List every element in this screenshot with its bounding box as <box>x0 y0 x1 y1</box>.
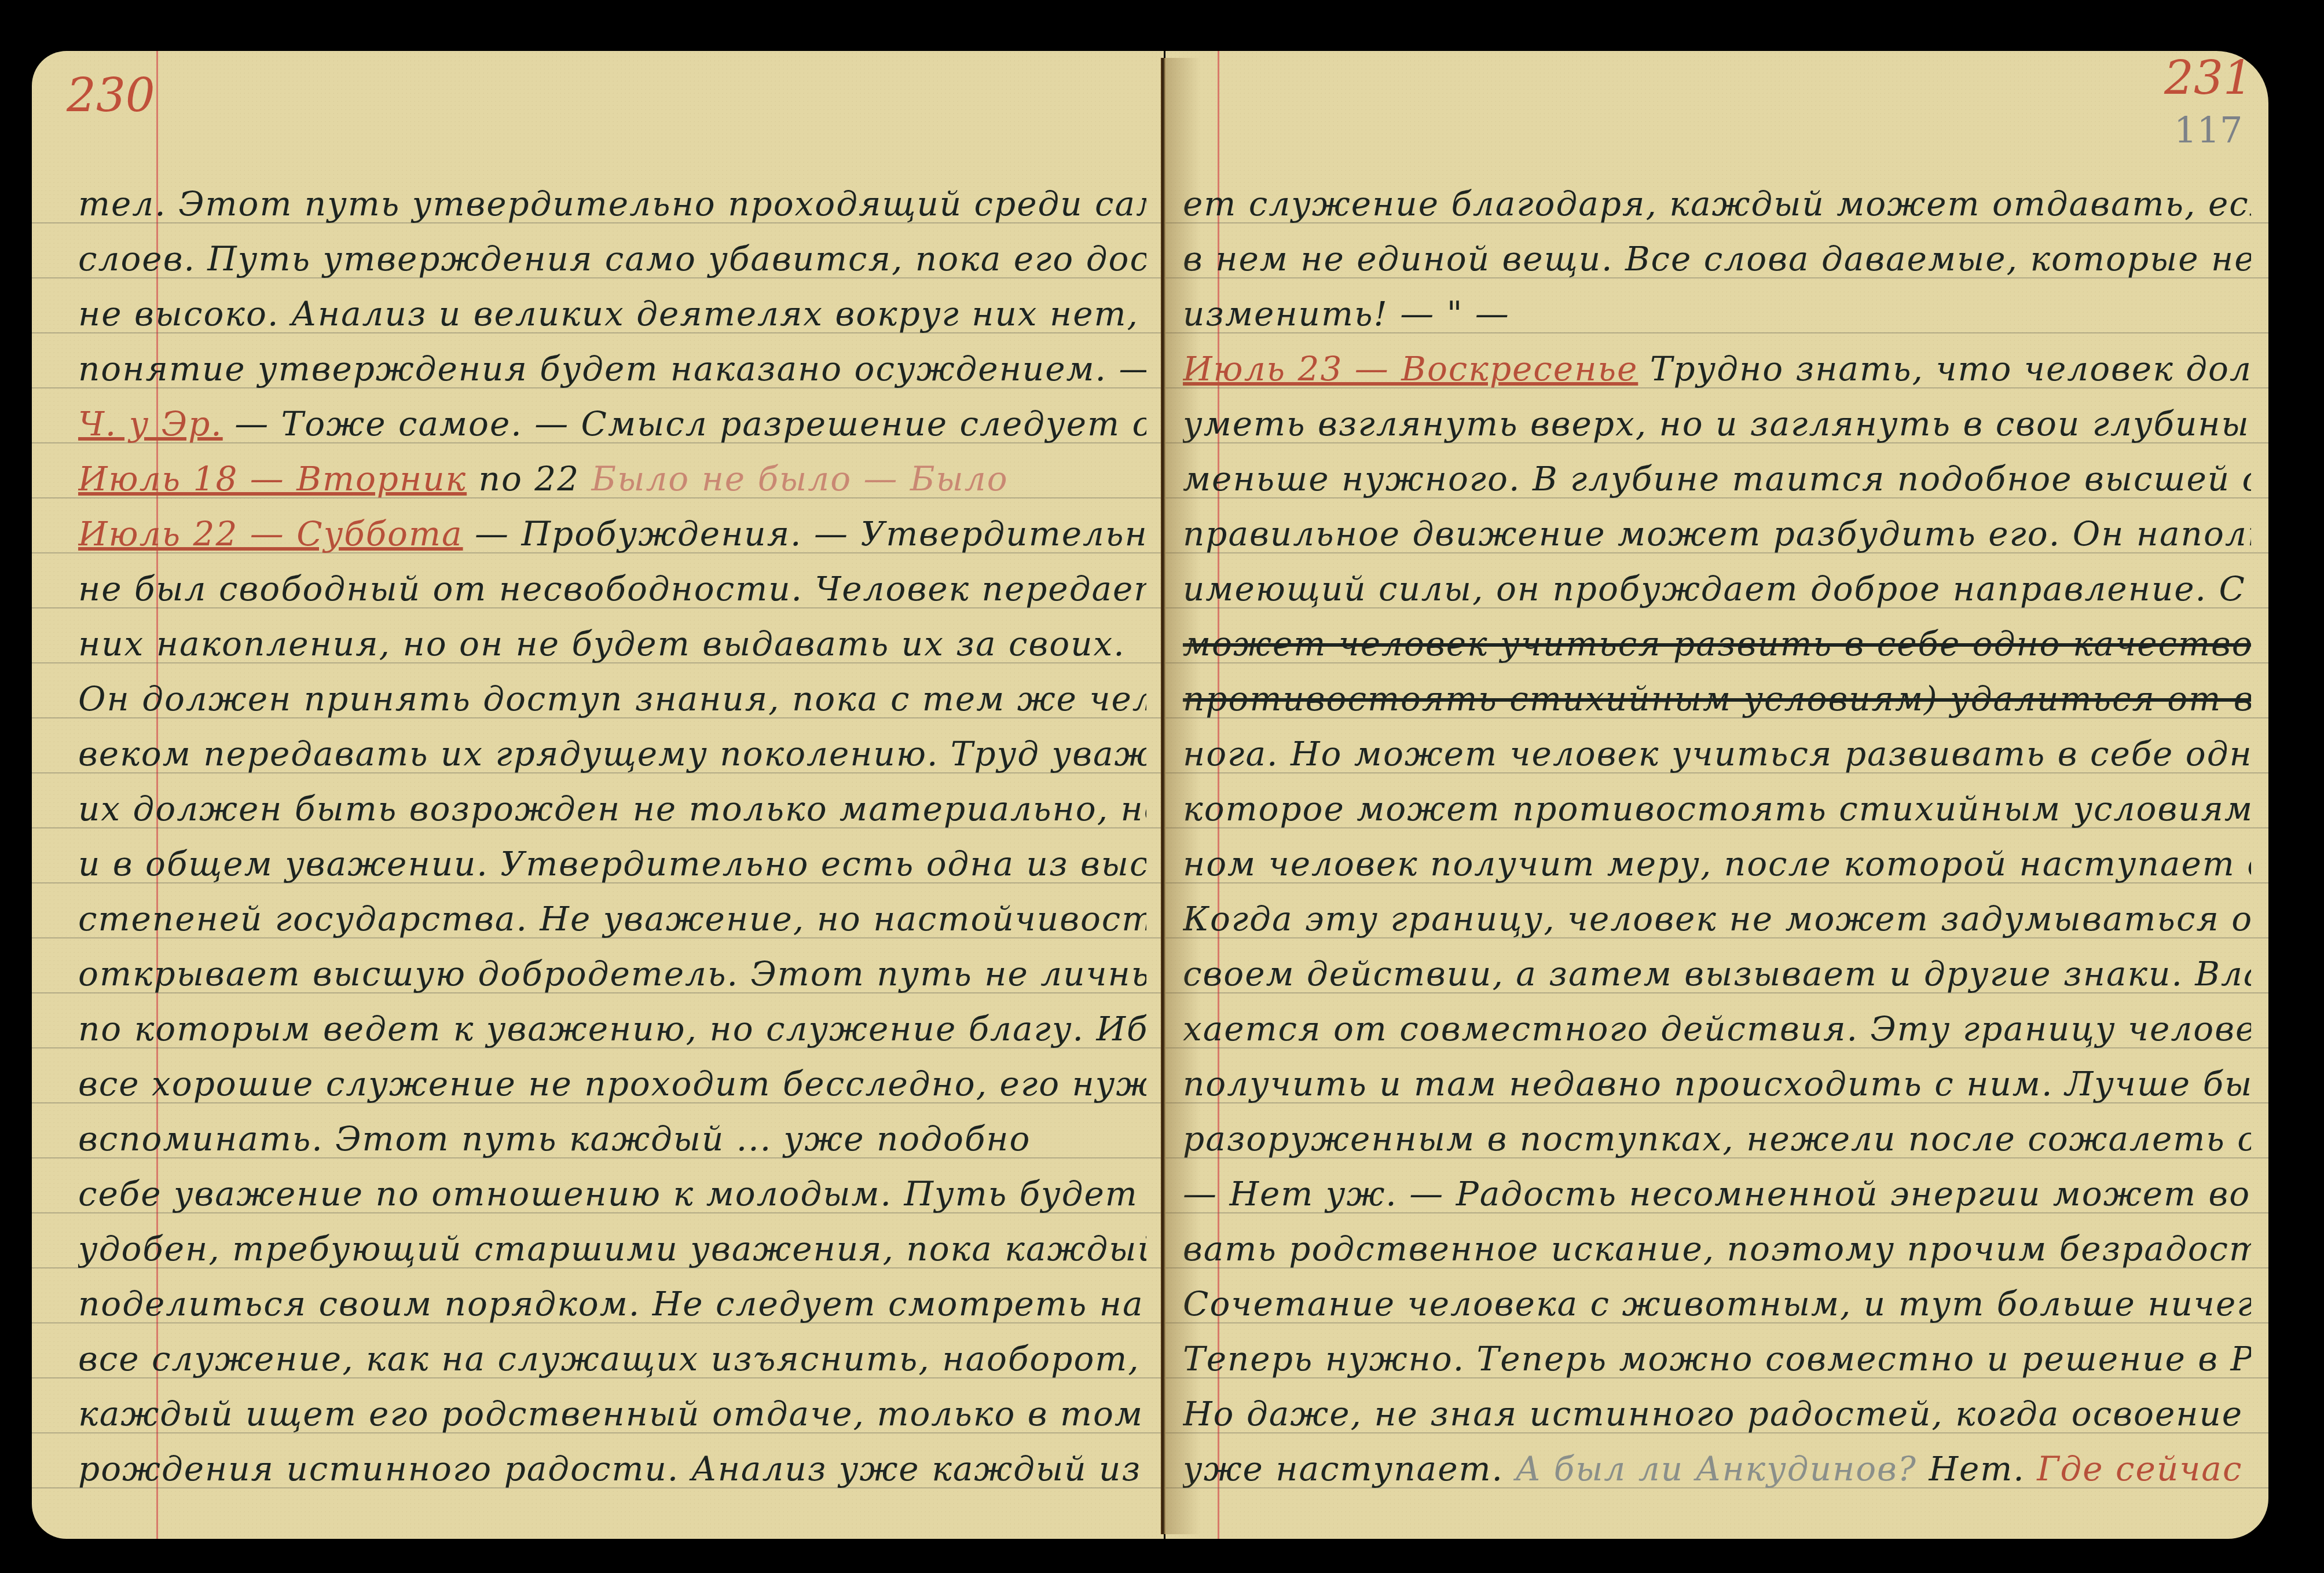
ink-text: них накопления, но он не будет выдавать … <box>78 624 1126 663</box>
handwritten-line: каждый ищет его родственный отдаче, толь… <box>78 1394 1146 1433</box>
ink-text: хается от совместного действия. Эту гран… <box>1183 1009 2251 1048</box>
ink-text: Когда эту границу, человек не может заду… <box>1183 899 2251 938</box>
handwritten-line: все хорошие служение не проходит бесслед… <box>78 1064 1146 1103</box>
ink-text: Трудно знать, что человек должен не толь… <box>1638 349 2251 388</box>
handwritten-line: них накопления, но он не будет выдавать … <box>78 624 1146 663</box>
ink-text: себе уважение по отношению к молодым. Пу… <box>78 1174 1138 1213</box>
handwritten-line: ет служение благодаря, каждый может отда… <box>1183 184 2251 223</box>
ink-text: рождения истинного радости. Анализ уже к… <box>78 1449 1141 1488</box>
ink-prefix: Июль 22 — Суббота <box>78 514 463 553</box>
ink-text: которое может противостоять стихийным ус… <box>1183 789 2251 828</box>
ink-black: Нет. <box>1917 1449 2025 1488</box>
ink-text: противостоять стихийным условиям) удалит… <box>1183 679 2251 718</box>
ink-text: изменить! — " — <box>1183 294 1510 333</box>
handwritten-line: их должен быть возрожден не только матер… <box>78 789 1146 828</box>
handwritten-line: Теперь нужно. Теперь можно совместно и р… <box>1183 1339 2251 1378</box>
handwritten-line: себе уважение по отношению к молодым. Пу… <box>78 1174 1146 1213</box>
ink-text: понятие утверждения будет наказано осужд… <box>78 349 1146 388</box>
handwritten-line: своем действии, а затем вызывает и други… <box>1183 954 2251 993</box>
ink-text: в нем не единой вещи. Все слова даваемые… <box>1183 239 2251 278</box>
ink-text: может человек учиться развить в себе одн… <box>1183 624 2251 663</box>
handwritten-line: слоев. Путь утверждения само убавится, п… <box>78 239 1146 278</box>
ink-prefix: Ч. у Эр. <box>78 404 223 443</box>
ink-text: ном человек получит меру, после которой … <box>1183 844 2251 883</box>
ink-text: и в общем уважении. Утвердительно есть о… <box>78 844 1146 883</box>
ink-text: — Нет уж. — Радость несомненной энергии … <box>1183 1174 2251 1213</box>
ink-text: степеней государства. Не уважение, но на… <box>78 899 1146 938</box>
handwritten-line: разоруженным в поступках, нежели после с… <box>1183 1119 2251 1158</box>
ink-text: получить и там недавно происходить с ним… <box>1183 1064 2251 1103</box>
ink-text: имеющий силы, он пробуждает доброе напра… <box>1183 569 2251 608</box>
ink-faint: Было не было — Было <box>580 459 1009 498</box>
ink-text: уже наступает. <box>1183 1449 1504 1488</box>
spine-shadow <box>1165 58 1200 1534</box>
ink-pencil: А был ли Анкудинов? <box>1504 1449 1917 1488</box>
left-page: 230 тел. Этот путь утвердительно проходя… <box>32 51 1164 1539</box>
handwritten-line: Июль 23 — Воскресенье Трудно знать, что … <box>1183 349 2251 388</box>
ink-text: каждый ищет его родственный отдаче, толь… <box>78 1394 1146 1433</box>
ink-text: Сочетание человека с животным, и тут бол… <box>1183 1284 2251 1323</box>
handwritten-line: Но даже, не зная истинного радостей, ког… <box>1183 1394 2251 1433</box>
ink-text: ет служение благодаря, каждый может отда… <box>1183 184 2251 223</box>
handwritten-line: Июль 22 — Суббота — Пробуждения. — Утвер… <box>78 514 1146 553</box>
handwritten-line: в нем не единой вещи. Все слова даваемые… <box>1183 239 2251 278</box>
handwritten-line: Сочетание человека с животным, и тут бол… <box>1183 1284 2251 1323</box>
handwritten-line: получить и там недавно происходить с ним… <box>1183 1064 2251 1103</box>
ink-text: открывает высшую добродетель. Этот путь … <box>78 954 1146 993</box>
handwritten-line: вспоминать. Этот путь каждый ... уже под… <box>78 1119 1146 1158</box>
handwritten-line: вать родственное искание, поэтому прочим… <box>1183 1229 2251 1268</box>
ink-text: уметь взглянуть вверх, но и заглянуть в … <box>1183 404 2251 443</box>
handwritten-line: Ч. у Эр. — Тоже самое. — Смысл разрешени… <box>78 404 1146 443</box>
ink-text: удобен, требующий старшими уважения, пок… <box>78 1229 1146 1268</box>
ink-red: Где сейчас Самуил? <box>2025 1449 2251 1488</box>
ink-text: вать родственное искание, поэтому прочим… <box>1183 1229 2251 1268</box>
handwritten-line: — Нет уж. — Радость несомненной энергии … <box>1183 1174 2251 1213</box>
page-number: 230 <box>67 68 155 122</box>
ink-text: — Тоже самое. — Смысл разрешение следует… <box>223 404 1146 443</box>
page-number: 231 <box>2164 51 2253 105</box>
ink-text: все служение, как на служащих изъяснить,… <box>78 1339 1146 1378</box>
ink-text: слоев. Путь утверждения само убавится, п… <box>78 239 1146 278</box>
ink-text: не был свободный от несвободности. Челов… <box>78 569 1146 608</box>
handwritten-line: открывает высшую добродетель. Этот путь … <box>78 954 1146 993</box>
ink-text: не высоко. Анализ и великих деятелях вок… <box>78 294 1146 333</box>
ink-text: поделиться своим порядком. Не следует см… <box>78 1284 1144 1323</box>
handwritten-line: не высоко. Анализ и великих деятелях вок… <box>78 294 1146 333</box>
ink-text: все хорошие служение не проходит бесслед… <box>78 1064 1146 1103</box>
ink-text: меньше нужного. В глубине таится подобно… <box>1183 459 2251 498</box>
handwritten-line: все служение, как на служащих изъяснить,… <box>78 1339 1146 1378</box>
handwritten-line: поделиться своим порядком. Не следует см… <box>78 1284 1146 1323</box>
ink-text: Теперь нужно. Теперь можно совместно и р… <box>1183 1339 2251 1378</box>
ink-text: тел. Этот путь утвердительно проходящий … <box>78 184 1146 223</box>
ink-text: Он должен принять доступ знания, пока с … <box>78 679 1146 718</box>
handwritten-line: степеней государства. Не уважение, но на… <box>78 899 1146 938</box>
handwritten-line: понятие утверждения будет наказано осужд… <box>78 349 1146 388</box>
ink-prefix: Июль 18 — Вторник <box>78 459 467 498</box>
handwritten-line: уже наступает. А был ли Анкудинов? Нет. … <box>1183 1449 2251 1488</box>
handwritten-line: рождения истинного радости. Анализ уже к… <box>78 1449 1146 1488</box>
handwritten-line: Он должен принять доступ знания, пока с … <box>78 679 1146 718</box>
ink-text: нога. Но может человек учиться развивать… <box>1183 734 2251 773</box>
handwritten-line: которое может противостоять стихийным ус… <box>1183 789 2251 828</box>
right-page: 231 117 ет служение благодаря, каждый мо… <box>1165 51 2268 1539</box>
ink-text: их должен быть возрожден не только матер… <box>78 789 1146 828</box>
ink-text: по которым ведет к уважению, но служение… <box>78 1009 1146 1048</box>
handwritten-line: изменить! — " — <box>1183 294 2251 333</box>
handwritten-line: имеющий силы, он пробуждает доброе напра… <box>1183 569 2251 608</box>
ink-text: — Пробуждения. — Утвердительно дух <box>463 514 1146 553</box>
folio-mark: 117 <box>2174 109 2242 151</box>
ink-text: вспоминать. Этот путь каждый ... уже под… <box>78 1119 1031 1158</box>
handwritten-line: уметь взглянуть вверх, но и заглянуть в … <box>1183 404 2251 443</box>
handwritten-line: нога. Но может человек учиться развивать… <box>1183 734 2251 773</box>
handwritten-line: может человек учиться развить в себе одн… <box>1183 624 2251 663</box>
handwritten-line: противостоять стихийным условиям) удалит… <box>1183 679 2251 718</box>
ink-text: Но даже, не зная истинного радостей, ког… <box>1183 1394 2243 1433</box>
handwritten-line: по которым ведет к уважению, но служение… <box>78 1009 1146 1048</box>
ink-text: правильное движение может разбудить его.… <box>1183 514 2251 553</box>
handwritten-line: и в общем уважении. Утвердительно есть о… <box>78 844 1146 883</box>
handwritten-line: Когда эту границу, человек не может заду… <box>1183 899 2251 938</box>
handwritten-line: Июль 18 — Вторник по 22 Было не было — Б… <box>78 459 1146 498</box>
ink-text: своем действии, а затем вызывает и други… <box>1183 954 2251 993</box>
handwritten-line: правильное движение может разбудить его.… <box>1183 514 2251 553</box>
handwritten-line: меньше нужного. В глубине таится подобно… <box>1183 459 2251 498</box>
handwritten-line: удобен, требующий старшими уважения, пок… <box>78 1229 1146 1268</box>
handwritten-line: хается от совместного действия. Эту гран… <box>1183 1009 2251 1048</box>
ink-prefix: Июль 23 — Воскресенье <box>1183 349 1638 388</box>
notebook-spine <box>1161 58 1165 1534</box>
ink-text: разоруженным в поступках, нежели после с… <box>1183 1119 2251 1158</box>
handwritten-line: тел. Этот путь утвердительно проходящий … <box>78 184 1146 223</box>
ink-text: по 22 <box>467 459 580 498</box>
ink-text: веком передавать их грядущему поколению.… <box>78 734 1146 773</box>
handwritten-line: не был свободный от несвободности. Челов… <box>78 569 1146 608</box>
handwritten-line: ном человек получит меру, после которой … <box>1183 844 2251 883</box>
handwritten-line: веком передавать их грядущему поколению.… <box>78 734 1146 773</box>
